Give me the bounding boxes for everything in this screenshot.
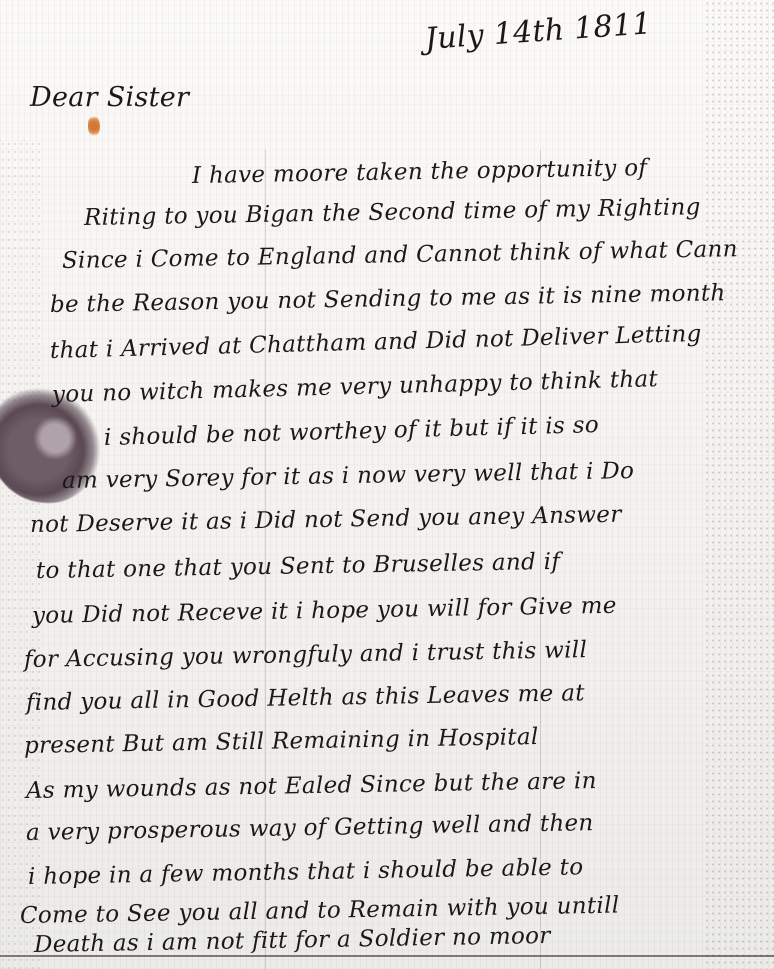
rust-stain [88, 115, 100, 137]
letter-line: you Did not Receve it i hope you will fo… [32, 593, 617, 629]
letter-line: for Accusing you wrongfuly and i trust t… [24, 637, 588, 673]
letter-date: July 14th 1811 [424, 6, 653, 57]
letter-line: Since i Come to England and Cannot think… [62, 236, 738, 274]
letter-line: i hope in a few months that i should be … [28, 854, 584, 890]
letter-line: Riting to you Bigan the Second time of m… [84, 194, 701, 231]
letter-page: July 14th 1811 Dear Sister I have moore … [0, 0, 774, 969]
letter-line: As my wounds as not Ealed Since but the … [26, 768, 597, 804]
letter-line: find you all in Good Helth as this Leave… [26, 680, 585, 716]
letter-line: that i Arrived at Chattham and Did not D… [50, 321, 702, 364]
paper-bottom-edge [0, 955, 774, 957]
letter-line: not Deserve it as i Did not Send you ane… [30, 502, 622, 538]
letter-line: a very prosperous way of Getting well an… [26, 810, 594, 846]
letter-line: Death as i am not fitt for a Soldier no … [34, 923, 551, 958]
letter-line: present But am Still Remaining in Hospit… [24, 724, 539, 759]
letter-line: be the Reason you not Sending to me as i… [50, 280, 726, 318]
letter-line: you no witch makes me very unhappy to th… [52, 366, 659, 408]
letter-line: i should be not worthey of it but if it … [104, 412, 600, 451]
letter-line: I have moore taken the opportunity of [192, 155, 648, 189]
letter-line: to that one that you Sent to Bruselles a… [36, 549, 561, 584]
letter-salutation: Dear Sister [30, 82, 189, 113]
letter-line: am very Sorey for it as i now very well … [62, 458, 635, 494]
paper-edge-texture [704, 0, 774, 969]
